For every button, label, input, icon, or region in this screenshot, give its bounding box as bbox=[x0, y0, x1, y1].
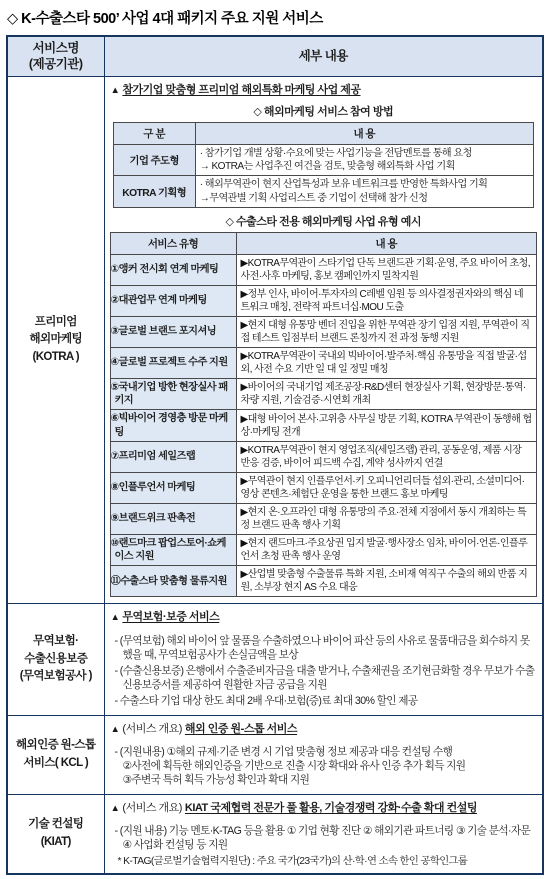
marketing-examples-table: 서비스 유형 내 용 ①앵커 전시회 연계 마케팅 ▶KOTRA무역관이 스타기… bbox=[110, 232, 538, 598]
page-title: ◇ K-수출스타 500’ 사업 4대 패키지 주요 지원 서비스 bbox=[7, 7, 544, 28]
detail-cell-kiat: ▲(서비스 개요)KIAT 국제협력 전문가 풀 활용, 기술경쟁력 강화·수출… bbox=[104, 794, 543, 874]
table-row: ④글로벌 프로젝트 수주 지원 ▶KOTRA무역관이 국내외 빅바이어·발주처·… bbox=[110, 347, 537, 378]
examples-header-row: 서비스 유형 내 용 bbox=[110, 232, 537, 254]
triangle-bullet-icon: ▲ bbox=[111, 803, 120, 814]
table-row: ⑧인플루언서 마케팅 ▶무역관이 현지 인플루언서·키 오피니언리더들 섭외·관… bbox=[110, 472, 537, 503]
table-row: ⑥빅바이어 경영층 방문 마케팅 ▶대형 바이어 본사·고위층 사무실 방문 기… bbox=[110, 410, 537, 442]
example-content: ▶산업별 맞춤형 수출물류 특화 지원, 소비재 역직구 수출의 해외 반품 지… bbox=[236, 566, 537, 597]
document-page: ◇ K-수출스타 500’ 사업 4대 패키지 주요 지원 서비스 서비스명 (… bbox=[0, 0, 550, 879]
table-row-tech-consulting: 기술 컨설팅 (KIAT) ▲(서비스 개요)KIAT 국제협력 전문가 풀 활… bbox=[7, 794, 543, 874]
example-content: ▶현지 온·오프라인 대형 유통망의 주요·전체 지점에서 동시 개최하는 특정… bbox=[236, 503, 537, 534]
section-heading-text: KIAT 국제협력 전문가 풀 활용, 기술경쟁력 강화·수출 확대 컨설팅 bbox=[185, 802, 477, 814]
example-content: ▶현지 랜드마크·주요상권 입지 발굴·행사장소 임차, 바이어·언론·인플루언… bbox=[236, 534, 537, 566]
example-label: ②대관업무 연계 마케팅 bbox=[110, 285, 236, 316]
list-item: - (지원내용) ①해외 규제·기준 변경 시 기업 맞춤형 정보 제공과 대응… bbox=[113, 746, 538, 788]
participation-row-label: 기업 주도형 bbox=[113, 144, 195, 176]
example-content: ▶KOTRA무역관이 국내외 빅바이어·발주처·핵심 유통망을 직접 발굴·섭외… bbox=[236, 347, 537, 378]
participation-col-category: 구 분 bbox=[113, 122, 195, 144]
section-heading-text: 무역보험·보증 서비스 bbox=[122, 611, 219, 623]
spacer bbox=[110, 818, 538, 824]
table-row-trade-insurance: 무역보험· 수출신용보증 (무역보험공사 ) ▲무역보험·보증 서비스 - (무… bbox=[7, 604, 543, 715]
participation-row-content: · 해외무역관이 현지 산업특성과 보유 네트워크를 반영한 특화사업 기획 →… bbox=[195, 176, 533, 208]
table-row-certification: 해외인증 원-스톱 서비스( KCL ) ▲(서비스 개요)해외 인증 원-스톱… bbox=[7, 715, 543, 794]
service-name-kiat: 기술 컨설팅 (KIAT) bbox=[7, 794, 104, 874]
section-heading-prefix: (서비스 개요) bbox=[122, 723, 182, 735]
table-row: ⑦프리미엄 세일즈랩 ▶KOTRA무역관이 현지 영업조직(세일즈랩) 관리, … bbox=[110, 441, 537, 472]
detail-cell-kotra: ▲참가기업 맞춤형 프리미엄 해외특화 마케팅 사업 제공 ◇ 해외마케팅 서비… bbox=[104, 77, 543, 604]
example-label: ⑧인플루언서 마케팅 bbox=[110, 472, 236, 503]
example-label: ⑩랜드마크 팝업스토어·쇼케이스 지원 bbox=[110, 534, 236, 566]
table-row: ⑤국내기업 방한 현장실사 패키지 ▶바이어의 국내기업 제조공장·R&D센터 … bbox=[110, 378, 537, 410]
main-table: 서비스명 (제공기관) 세부 내용 프리미엄 해외마케팅 (KOTRA ) ▲참… bbox=[6, 35, 544, 875]
detail-cell-ksure: ▲무역보험·보증 서비스 - (무역보험) 해외 바이어 앞 물품을 수출하였으… bbox=[104, 604, 543, 715]
participation-row-label: KOTRA 기획형 bbox=[113, 176, 195, 208]
service-name-ksure: 무역보험· 수출신용보증 (무역보험공사 ) bbox=[7, 604, 104, 715]
section-heading-certification: ▲(서비스 개요)해외 인증 원-스톱 서비스 bbox=[111, 722, 538, 736]
footnote: * K-TAG(글로벌기술협력지원단) : 주요 국가(23국가)의 산·학·연… bbox=[118, 855, 538, 868]
participation-row-content: · 참가기업 개별 상황·수요에 맞는 사업기능을 전담멘토를 통해 요청 → … bbox=[195, 144, 533, 176]
table-row: 기업 주도형 · 참가기업 개별 상황·수요에 맞는 사업기능을 전담멘토를 통… bbox=[113, 144, 533, 176]
example-label: ⑥빅바이어 경영층 방문 마케팅 bbox=[110, 410, 236, 442]
section-heading-insurance: ▲무역보험·보증 서비스 bbox=[111, 610, 538, 624]
example-label: ⑦프리미엄 세일즈랩 bbox=[110, 441, 236, 472]
example-content: ▶바이어의 국내기업 제조공장·R&D센터 현장실사 기획, 현장방문·통역·차… bbox=[236, 378, 537, 410]
examples-col-content: 내 용 bbox=[236, 232, 537, 254]
participation-method-table: 구 분 내 용 기업 주도형 · 참가기업 개별 상황·수요에 맞는 사업기능을… bbox=[113, 122, 534, 208]
table-row: KOTRA 기획형 · 해외무역관이 현지 산업특성과 보유 네트워크를 반영한… bbox=[113, 176, 533, 208]
example-label: ③글로벌 브랜드 포지셔닝 bbox=[110, 316, 236, 347]
table-row: ①앵커 전시회 연계 마케팅 ▶KOTRA무역관이 스타기업 단독 브랜드관 기… bbox=[110, 254, 537, 285]
triangle-bullet-icon: ▲ bbox=[111, 85, 120, 96]
section-heading-prefix: (서비스 개요) bbox=[122, 802, 182, 814]
example-label: ⑪수출스타 맞춤형 물류지원 bbox=[110, 566, 236, 597]
example-content: ▶KOTRA무역관이 현지 영업조직(세일즈랩) 관리, 공동운영, 제품 시장… bbox=[236, 441, 537, 472]
triangle-bullet-icon: ▲ bbox=[111, 724, 120, 735]
list-item: - (무역보험) 해외 바이어 앞 물품을 수출하였으나 바이어 파산 등의 사… bbox=[113, 635, 538, 663]
list-item: - 수출스타 기업 대상 한도 최대 2배 우대·보험(증)료 최대 30% 할… bbox=[113, 695, 538, 709]
list-item: - (수출신용보증) 은행에서 수출준비자금을 대출 받거나, 수출채권을 조기… bbox=[113, 665, 538, 693]
example-label: ⑨브랜드위크 판촉전 bbox=[110, 503, 236, 534]
section-heading-consulting: ▲(서비스 개요)KIAT 국제협력 전문가 풀 활용, 기술경쟁력 강화·수출… bbox=[111, 801, 538, 815]
table-row-premium-marketing: 프리미엄 해외마케팅 (KOTRA ) ▲참가기업 맞춤형 프리미엄 해외특화 … bbox=[7, 77, 543, 604]
service-name-kcl: 해외인증 원-스톱 서비스( KCL ) bbox=[7, 715, 104, 794]
example-content: ▶무역관이 현지 인플루언서·키 오피니언리더들 섭외·관리, 소셜미디어·영상… bbox=[236, 472, 537, 503]
participation-col-content: 내 용 bbox=[195, 122, 533, 144]
section-heading-text: 해외 인증 원-스톱 서비스 bbox=[185, 723, 297, 735]
examples-col-service-type: 서비스 유형 bbox=[110, 232, 236, 254]
example-label: ④글로벌 프로젝트 수주 지원 bbox=[110, 347, 236, 378]
detail-cell-kcl: ▲(서비스 개요)해외 인증 원-스톱 서비스 - (지원내용) ①해외 규제·… bbox=[104, 715, 543, 794]
column-header-service-name: 서비스명 (제공기관) bbox=[7, 36, 104, 77]
example-label: ①앵커 전시회 연계 마케팅 bbox=[110, 254, 236, 285]
table-row: ⑩랜드마크 팝업스토어·쇼케이스 지원 ▶현지 랜드마크·주요상권 입지 발굴·… bbox=[110, 534, 537, 566]
example-label: ⑤국내기업 방한 현장실사 패키지 bbox=[110, 378, 236, 410]
service-name-kotra: 프리미엄 해외마케팅 (KOTRA ) bbox=[7, 77, 104, 604]
main-table-header-row: 서비스명 (제공기관) 세부 내용 bbox=[7, 36, 543, 77]
example-content: ▶정부 인사, 바이어·투자자의 C레벨 임원 등 의사결정권자와의 핵심 네트… bbox=[236, 285, 537, 316]
participation-header-row: 구 분 내 용 bbox=[113, 122, 533, 144]
example-content: ▶KOTRA무역관이 스타기업 단독 브랜드관 기획·운영, 주요 바이어 초청… bbox=[236, 254, 537, 285]
examples-table-title: ◇ 수출스타 전용 해외마케팅 사업 유형 예시 bbox=[110, 213, 538, 229]
participation-table-title: ◇ 해외마케팅 서비스 참여 방법 bbox=[110, 103, 538, 119]
example-content: ▶대형 바이어 본사·고위층 사무실 방문 기획, KOTRA 무역관이 동행해… bbox=[236, 410, 537, 442]
triangle-bullet-icon: ▲ bbox=[111, 612, 120, 623]
table-row: ⑪수출스타 맞춤형 물류지원 ▶산업별 맞춤형 수출물류 특화 지원, 소비재 … bbox=[110, 566, 537, 597]
section-heading-text: 참가기업 맞춤형 프리미엄 해외특화 마케팅 사업 제공 bbox=[122, 84, 360, 96]
section-heading-marketing: ▲참가기업 맞춤형 프리미엄 해외특화 마케팅 사업 제공 bbox=[111, 83, 538, 97]
spacer bbox=[110, 628, 538, 634]
table-row: ②대관업무 연계 마케팅 ▶정부 인사, 바이어·투자자의 C레벨 임원 등 의… bbox=[110, 285, 537, 316]
table-row: ③글로벌 브랜드 포지셔닝 ▶현지 대형 유통망 벤더 진입을 위한 무역관 장… bbox=[110, 316, 537, 347]
table-row: ⑨브랜드위크 판촉전 ▶현지 온·오프라인 대형 유통망의 주요·전체 지점에서… bbox=[110, 503, 537, 534]
spacer bbox=[110, 739, 538, 745]
list-item: - (지원 내용) 기능 멘토·K-TAG 등을 활용 ① 기업 현황 진단 ②… bbox=[113, 825, 538, 853]
example-content: ▶현지 대형 유통망 벤더 진입을 위한 무역관 장기 입점 지원, 무역관이 … bbox=[236, 316, 537, 347]
column-header-detail: 세부 내용 bbox=[104, 36, 543, 77]
